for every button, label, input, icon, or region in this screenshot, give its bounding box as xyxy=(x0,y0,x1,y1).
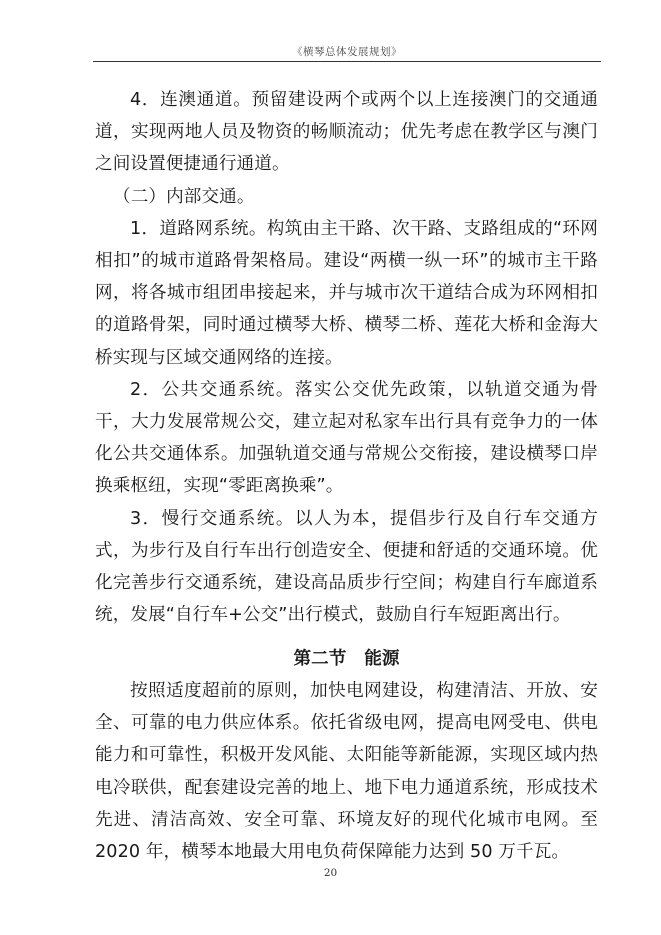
paragraph-slow-traffic: 3．慢行交通系统。以人为本，提倡步行及自行车交通方式，为步行及自行车出行创造安全… xyxy=(95,503,598,632)
section-heading-energy: 第二节能源 xyxy=(95,643,598,675)
section-number: 第二节 xyxy=(294,649,347,669)
section-title: 能源 xyxy=(364,649,399,669)
page-number: 20 xyxy=(0,867,661,879)
header-rule xyxy=(93,61,601,62)
paragraph-public-transit: 2．公共交通系统。落实公交优先政策，以轨道交通为骨干，大力发展常规公交，建立起对… xyxy=(95,374,598,503)
paragraph-macau-link: 4．连澳通道。预留建设两个或两个以上连接澳门的交通通道，实现两地人员及物资的畅顺… xyxy=(95,84,598,181)
subheading-internal-transport: （二）内部交通。 xyxy=(95,181,598,213)
running-header-title: 《横琴总体发展规划》 xyxy=(93,44,601,59)
paragraph-energy: 按照适度超前的原则，加快电网建设，构建清洁、开放、安全、可靠的电力供应体系。依托… xyxy=(95,675,598,868)
paragraph-road-network: 1．道路网系统。构筑由主干路、次干路、支路组成的“环网相扣”的城市道路骨架格局。… xyxy=(95,213,598,374)
transport-section-body: 4．连澳通道。预留建设两个或两个以上连接澳门的交通通道，实现两地人员及物资的畅顺… xyxy=(95,84,598,631)
energy-section-body: 按照适度超前的原则，加快电网建设，构建清洁、开放、安全、可靠的电力供应体系。依托… xyxy=(95,675,598,868)
